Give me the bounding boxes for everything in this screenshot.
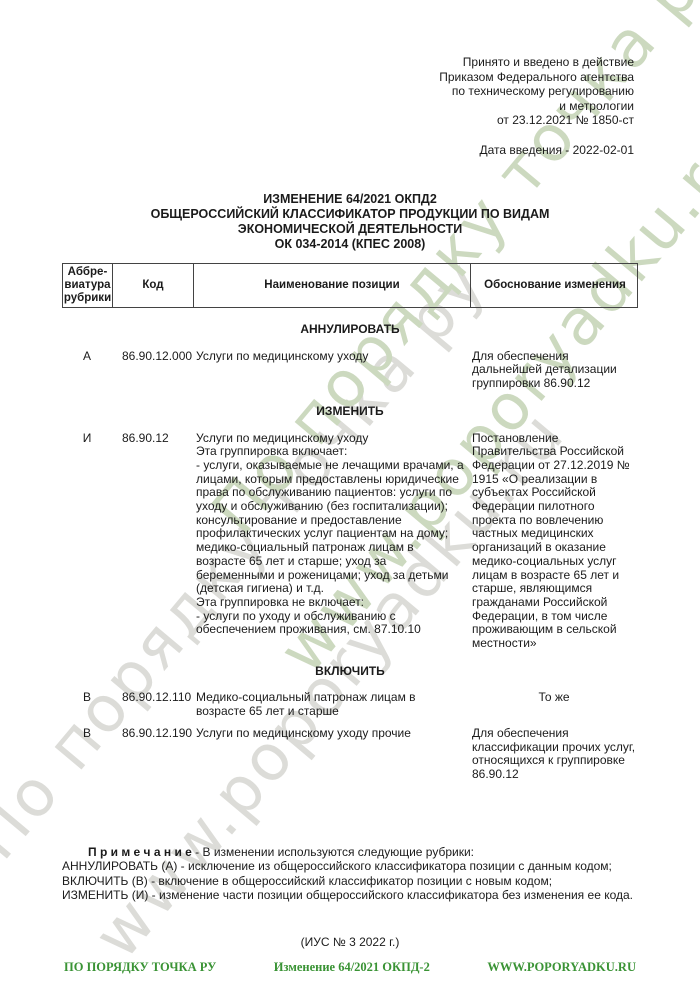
section-rows: А 86.90.12.000 Услуги по медицинскому ух… — [62, 350, 638, 391]
section-title: ИЗМЕНИТЬ — [62, 405, 638, 419]
section-rows: И 86.90.12 Услуги по медицинскому уходу … — [62, 432, 638, 651]
cell-code: 86.90.12 — [112, 432, 193, 651]
column-header-code: Код — [113, 264, 194, 307]
cell-code: 86.90.12.190 — [112, 727, 193, 782]
table-row: В 86.90.12.110 Медико-социальный патрона… — [62, 691, 638, 718]
note-label: П р и м е ч а н и е — [88, 845, 192, 859]
cell-change-reason: Для обеспечения классификации прочих усл… — [470, 727, 638, 782]
note-block: П р и м е ч а н и е - В изменении исполь… — [62, 845, 638, 902]
adoption-note: Принято и введено в действие Приказом Фе… — [439, 55, 634, 128]
section-title: ВКЛЮЧИТЬ — [62, 665, 638, 679]
cell-position-name: Услуги по медицинскому уходу — [193, 350, 470, 391]
footer-website[interactable]: WWW.POPORYADKU.RU — [487, 961, 636, 975]
cell-change-reason: То же — [470, 691, 638, 718]
footer-document-label: Изменение 64/2021 ОКПД-2 — [274, 961, 430, 975]
note-intro: - В изменении используются следующие руб… — [192, 845, 474, 859]
change-section: ВКЛЮЧИТЬ В 86.90.12.110 Медико-социальны… — [62, 665, 638, 782]
column-header-name: Наименование позиции — [194, 264, 471, 307]
cell-code: 86.90.12.110 — [112, 691, 193, 718]
table-body: АННУЛИРОВАТЬ А 86.90.12.000 Услуги по ме… — [62, 309, 638, 790]
page-footer: ПО ПОРЯДКУ ТОЧКА РУ Изменение 64/2021 ОК… — [0, 961, 700, 975]
column-header-abbr: Аббре- виатура рубрики — [63, 264, 113, 307]
ius-reference: (ИУС № 3 2022 г.) — [0, 936, 700, 950]
cell-code: 86.90.12.000 — [112, 350, 193, 391]
cell-change-reason: Для обеспечения дальнейшей детализации г… — [470, 350, 638, 391]
note-first-line: П р и м е ч а н и е - В изменении исполь… — [62, 845, 638, 859]
cell-rubric-abbr: В — [62, 691, 112, 718]
change-section: АННУЛИРОВАТЬ А 86.90.12.000 Услуги по ме… — [62, 323, 638, 391]
cell-change-reason: Постановление Правительства Российской Ф… — [470, 432, 638, 651]
table-header: Аббре- виатура рубрики Код Наименование … — [62, 263, 638, 308]
column-header-reason: Обоснование изменения — [471, 264, 639, 307]
introduction-date: Дата введения - 2022-02-01 — [480, 144, 634, 158]
cell-position-name: Услуги по медицинскому уходу прочие — [193, 727, 470, 782]
cell-position-name: Медико-социальный патронаж лицам в возра… — [193, 691, 470, 718]
document-content: Принято и введено в действие Приказом Фе… — [0, 0, 700, 990]
section-rows: В 86.90.12.110 Медико-социальный патрона… — [62, 691, 638, 781]
table-row: В 86.90.12.190 Услуги по медицинскому ух… — [62, 727, 638, 782]
document-page: По порядку точка ру www.poporyadku.ru По… — [0, 0, 700, 990]
table-row: И 86.90.12 Услуги по медицинскому уходу … — [62, 432, 638, 651]
cell-rubric-abbr: А — [62, 350, 112, 391]
table-row: А 86.90.12.000 Услуги по медицинскому ух… — [62, 350, 638, 391]
document-title: ИЗМЕНЕНИЕ 64/2021 ОКПД2 ОБЩЕРОССИЙСКИЙ К… — [0, 192, 700, 252]
cell-rubric-abbr: В — [62, 727, 112, 782]
note-items: АННУЛИРОВАТЬ (А) - исключение из общерос… — [62, 859, 638, 902]
cell-rubric-abbr: И — [62, 432, 112, 651]
section-title: АННУЛИРОВАТЬ — [62, 323, 638, 337]
footer-brand: ПО ПОРЯДКУ ТОЧКА РУ — [64, 961, 216, 975]
change-section: ИЗМЕНИТЬ И 86.90.12 Услуги по медицинско… — [62, 405, 638, 651]
cell-position-name: Услуги по медицинскому уходу Эта группир… — [193, 432, 470, 651]
